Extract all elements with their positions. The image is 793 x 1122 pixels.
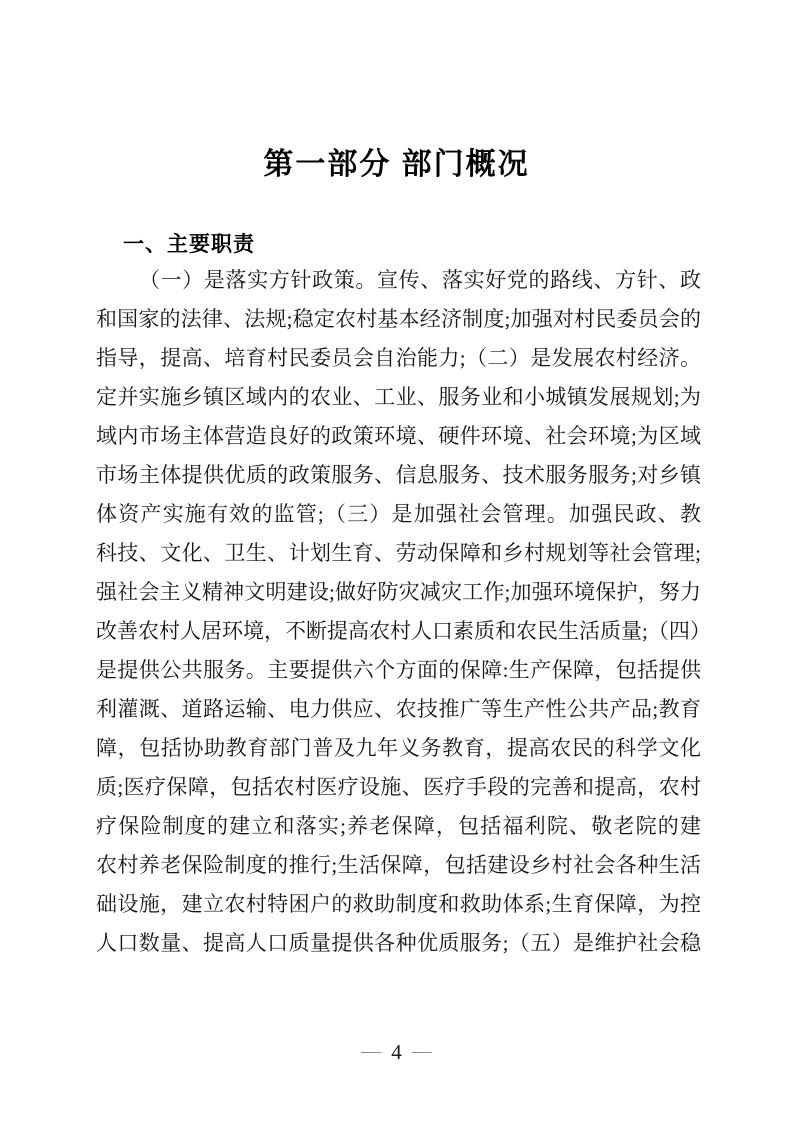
paragraph-line: 础设施，建立农村特困户的救助制度和救助体系;生育保障，为控制	[96, 885, 701, 924]
footer-dash-right: —	[412, 1040, 432, 1062]
paragraph-line: 体资产实施有效的监管;（三）是加强社会管理。加强民政、教育、	[96, 495, 701, 534]
footer-dash-left: —	[361, 1040, 381, 1062]
paragraph-line: 农村养老保险制度的推行;生活保障，包括建设乡村社会各种生活基	[96, 846, 701, 885]
paragraph-line: 和国家的法律、法规;稳定农村基本经济制度;加强对村民委员会的	[96, 300, 701, 339]
paragraph-line: 利灌溉、道路运输、电力供应、农技推广等生产性公共产品;教育保	[96, 690, 701, 729]
paragraph-line: 指导，提高、培育村民委员会自治能力;（二）是发展农村经济。制	[96, 339, 701, 378]
paragraph-line: 改善农村人居环境，不断提高农村人口素质和农民生活质量;（四）	[96, 612, 701, 651]
paragraph-line: 人口数量、提高人口质量提供各种优质服务;（五）是维护社会稳定。	[96, 924, 701, 963]
paragraph-line: 障，包括协助教育部门普及九年义务教育，提高农民的科学文化素	[96, 729, 701, 768]
paragraph-line: 疗保险制度的建立和落实;养老保障，包括福利院、敬老院的建设，	[96, 807, 701, 846]
paragraph-line: （一）是落实方针政策。宣传、落实好党的路线、方针、政策	[96, 261, 701, 300]
paragraph-line: 是提供公共服务。主要提供六个方面的保障:生产保障，包括提供水	[96, 651, 701, 690]
paragraph: （一）是落实方针政策。宣传、落实好党的路线、方针、政策和国家的法律、法规;稳定农…	[96, 261, 701, 963]
paragraph-line: 域内市场主体营造良好的政策环境、硬件环境、社会环境;为区域内	[96, 417, 701, 456]
paragraph-line: 定并实施乡镇区域内的农业、工业、服务业和小城镇发展规划;为区	[96, 378, 701, 417]
page-number: 4	[391, 1040, 402, 1064]
paragraph-line: 质;医疗保障，包括农村医疗设施、医疗手段的完善和提高，农村医	[96, 768, 701, 807]
page-footer: —4—	[0, 1040, 793, 1065]
paragraph-line: 市场主体提供优质的政策服务、信息服务、技术服务服务;对乡镇集	[96, 456, 701, 495]
paragraph-line: 科技、文化、卫生、计划生育、劳动保障和乡村规划等社会管理;加	[96, 534, 701, 573]
paragraph-line: 强社会主义精神文明建设;做好防灾减灾工作;加强环境保护，努力	[96, 573, 701, 612]
section-heading: 一、主要职责	[123, 228, 255, 258]
document-page: 第一部分 部门概况 一、主要职责 （一）是落实方针政策。宣传、落实好党的路线、方…	[0, 0, 793, 1122]
page-title: 第一部分 部门概况	[0, 139, 793, 183]
